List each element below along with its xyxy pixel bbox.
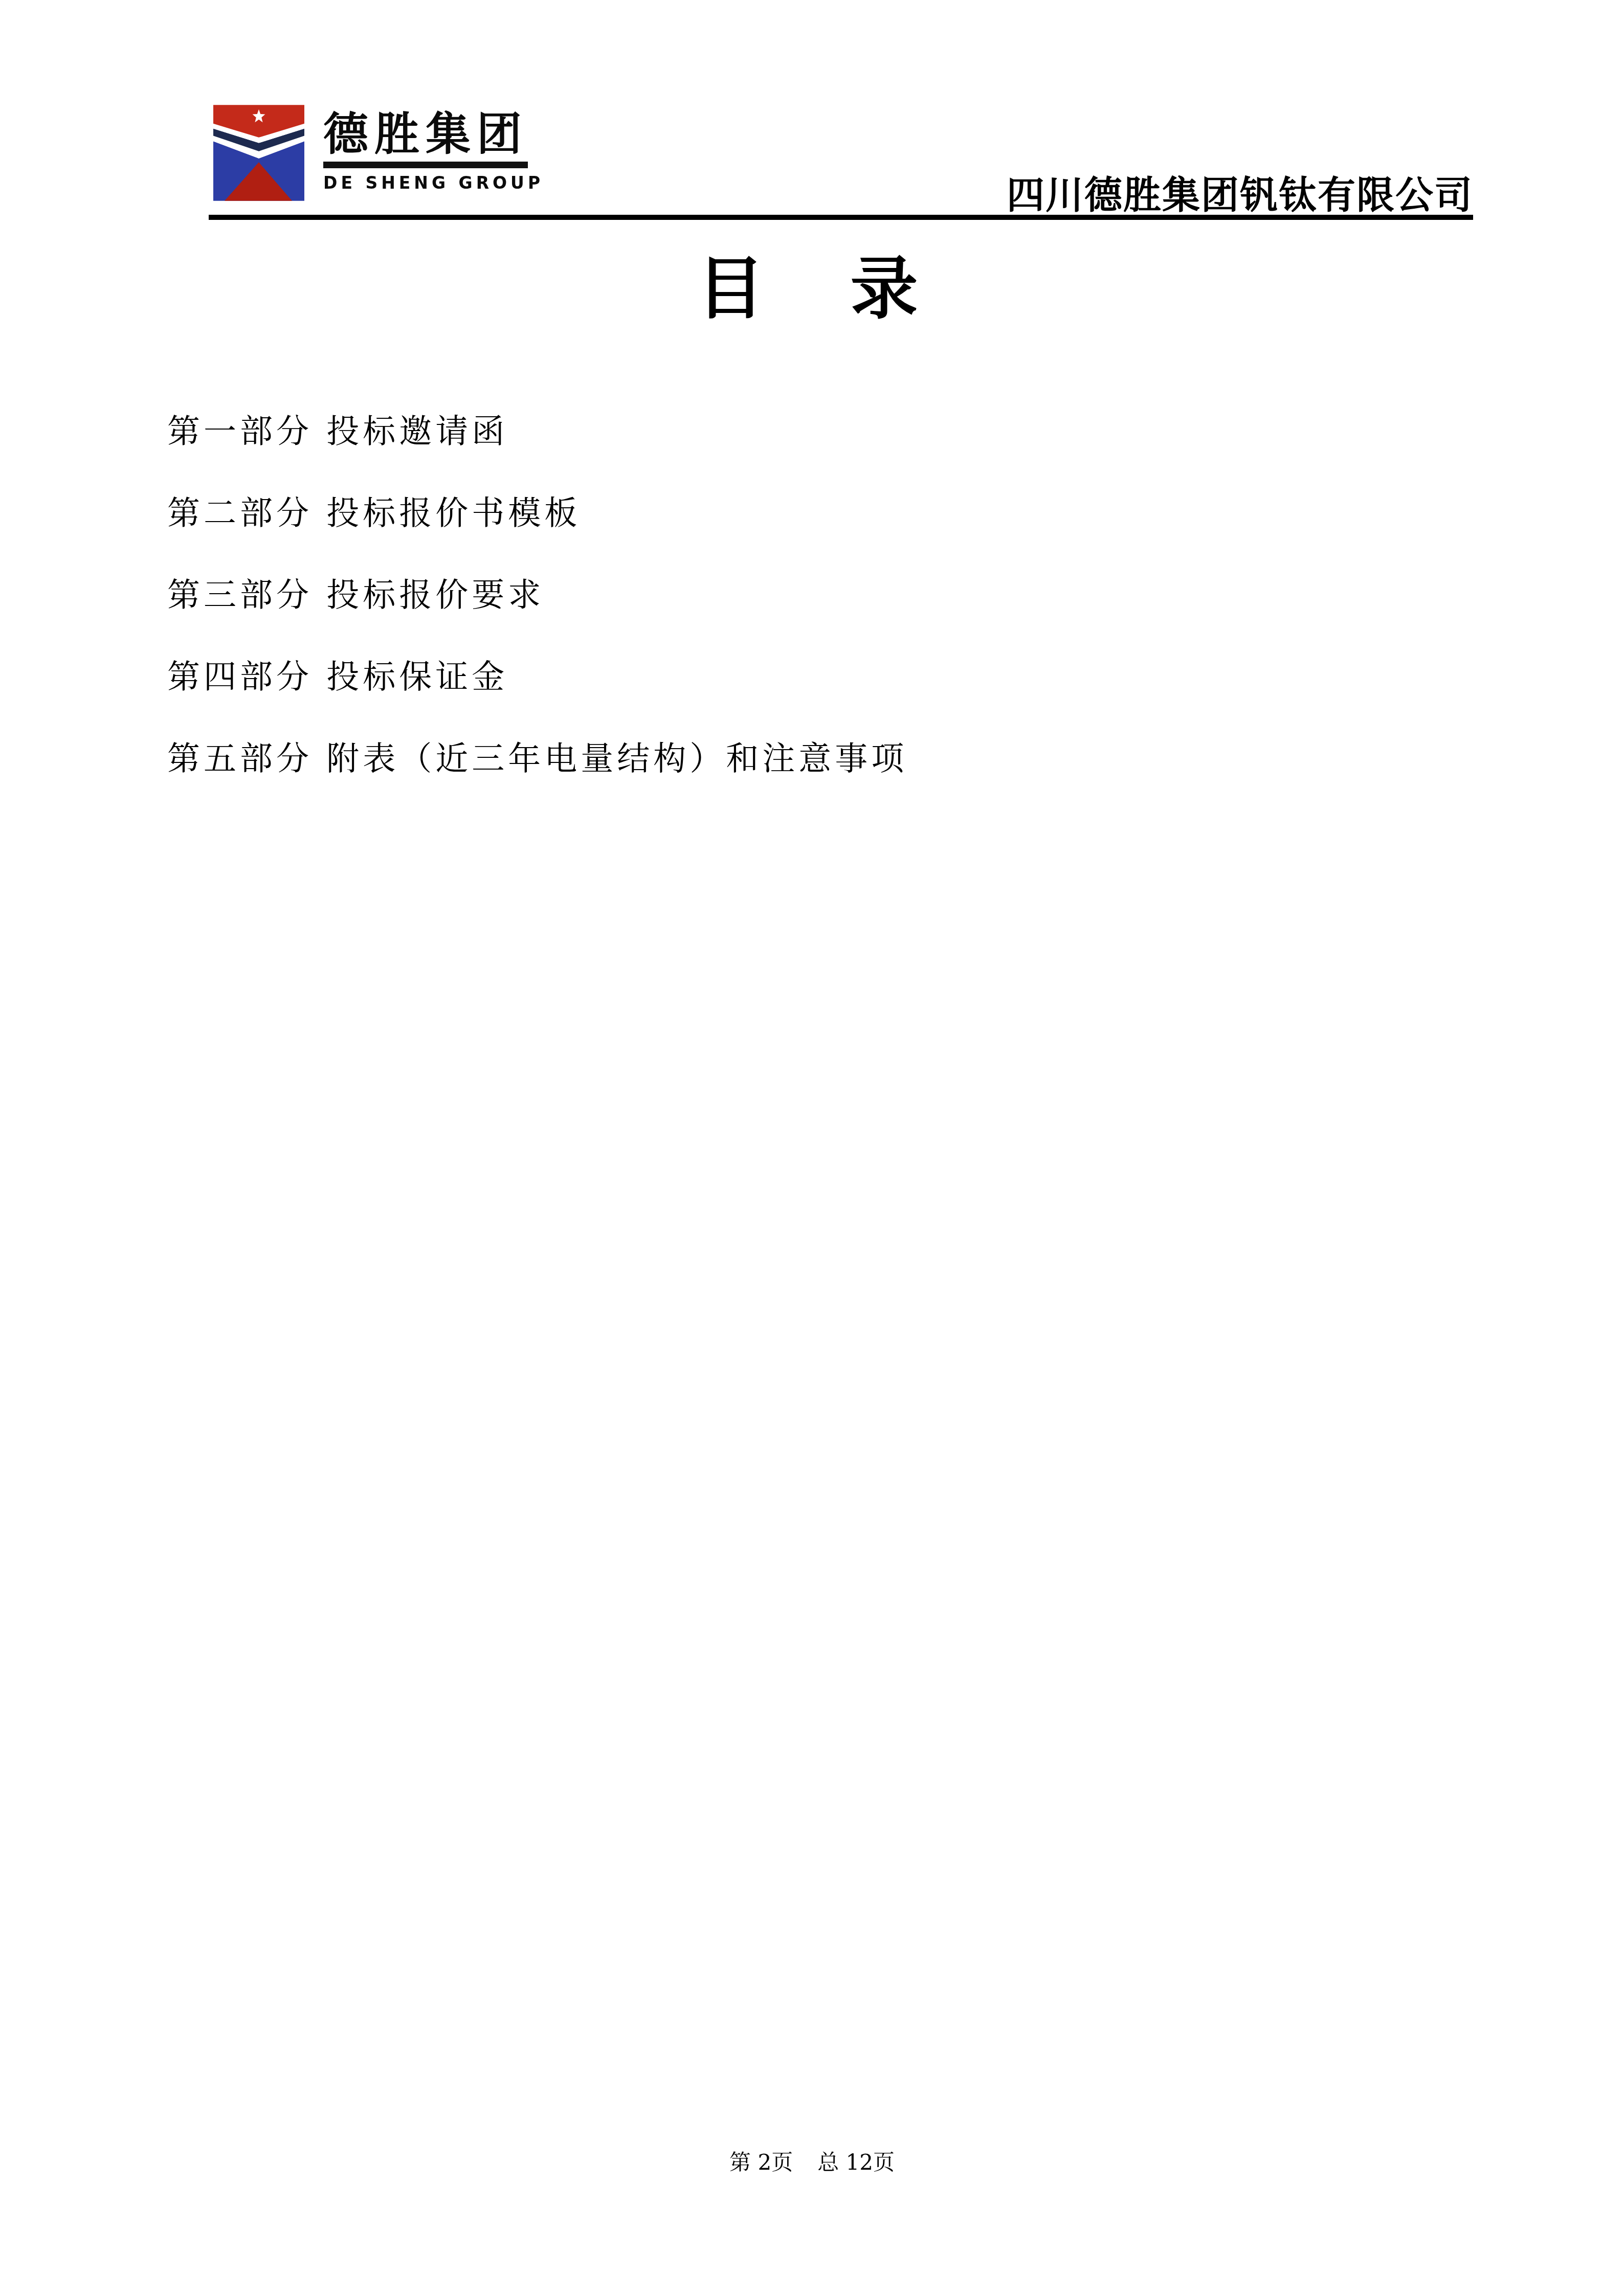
toc-item-part3: 第三部分 投标报价要求 [167, 579, 907, 612]
toc-item-part5: 第五部分 附表（近三年电量结构）和注意事项 [167, 742, 907, 775]
brand-name-cn: 德胜集团 [323, 111, 528, 168]
table-of-contents: 第一部分 投标邀请函 第二部分 投标报价书模板 第三部分 投标报价要求 第四部分… [167, 415, 907, 824]
logo-text-block: 德胜集团 DE SHENG GROUP [323, 111, 544, 193]
company-name: 四川德胜集团钒钛有限公司 [1007, 165, 1473, 219]
header-rule [209, 215, 1473, 220]
toc-item-part4: 第四部分 投标保证金 [167, 661, 907, 693]
brand-name-en: DE SHENG GROUP [323, 173, 544, 193]
toc-item-part1: 第一部分 投标邀请函 [167, 415, 907, 448]
document-page: 德胜集团 DE SHENG GROUP 四川德胜集团钒钛有限公司 目 录 第一部… [0, 0, 1624, 2296]
page-title: 目 录 [0, 234, 1624, 331]
page-footer: 第 2页总 12页 [0, 2146, 1624, 2176]
total-pages: 总 12页 [817, 2150, 895, 2175]
desheng-logo-emblem [211, 104, 306, 202]
toc-item-part2: 第二部分 投标报价书模板 [167, 497, 907, 530]
page-number: 第 2页 [729, 2150, 793, 2175]
